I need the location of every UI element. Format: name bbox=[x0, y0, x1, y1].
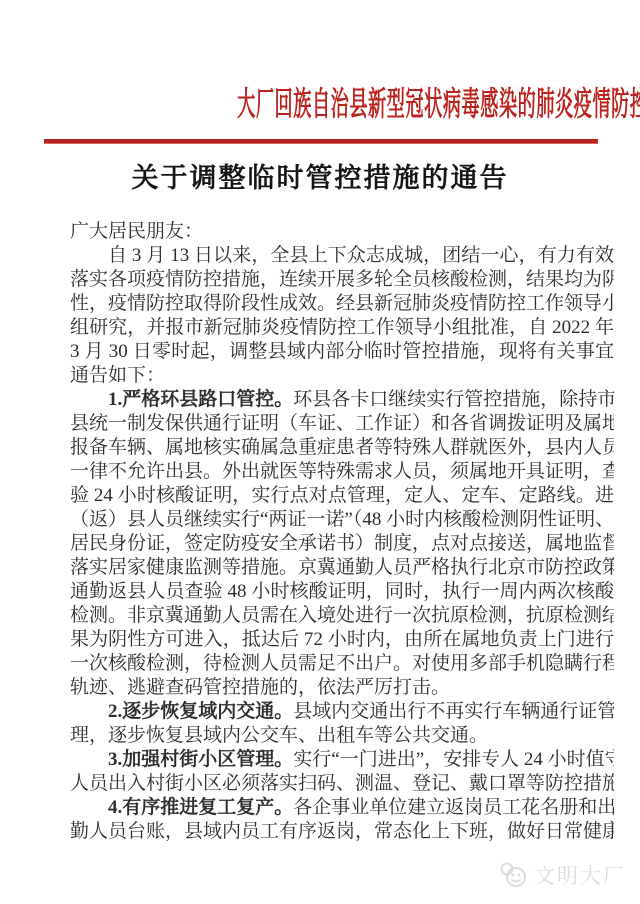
body-line-text: 通告如下： bbox=[70, 365, 165, 386]
body-line-text: 通勤返县人员查验 48 小时核酸证明，同时，执行一周内两次核酸 bbox=[70, 581, 614, 602]
body-line-text: 环县各卡口继续实行管控措施，除持市 bbox=[293, 389, 614, 410]
body-line: 组研究，并报市新冠肺炎疫情防控工作领导小组批准，自 2022 年 bbox=[70, 316, 614, 340]
body-line: 一律不允许出县。外出就医等特殊需求人员，须属地开具证明，查 bbox=[70, 460, 614, 484]
body-line-text: 报备车辆、属地核实确属急重症患者等特殊人群就医外，县内人员 bbox=[70, 437, 614, 458]
body-line: 通告如下： bbox=[70, 364, 614, 388]
body-line: 2.逐步恢复域内交通。县域内交通出行不再实行车辆通行证管 bbox=[70, 700, 614, 724]
body-line: 人员出入村街小区必须落实扫码、测温、登记、戴口罩等防控措施。 bbox=[70, 772, 614, 796]
body-line: 自 3 月 13 日以来，全县上下众志成城，团结一心，有力有效 bbox=[70, 244, 614, 268]
body-line-heading: 3.加强村街小区管理。 bbox=[108, 749, 293, 770]
body-line-text: 落实各项疫情防控措施，连续开展多轮全员核酸检测，结果均为阴 bbox=[70, 269, 614, 290]
org-header: 大厂回族自治县新型冠状病毒感染的肺炎疫情防控工作领导小组办公室 bbox=[0, 84, 640, 126]
watermark: 文明大厂 bbox=[498, 860, 626, 890]
body-line-text: 县域内交通出行不再实行车辆通行证管 bbox=[293, 701, 614, 722]
body-line-text: 各企事业单位建立返岗员工花名册和出 bbox=[293, 797, 614, 818]
red-divider-line bbox=[44, 139, 598, 144]
body-line: 验 24 小时核酸证明，实行点对点管理，定人、定车、定路线。进 bbox=[70, 484, 614, 508]
body-line-heading: 2.逐步恢复域内交通。 bbox=[108, 701, 293, 722]
body-line: 通勤返县人员查验 48 小时核酸证明，同时，执行一周内两次核酸 bbox=[70, 580, 614, 604]
body-line: 性，疫情防控取得阶段性成效。经县新冠肺炎疫情防控工作领导小 bbox=[70, 292, 614, 316]
watermark-label: 文明大厂 bbox=[534, 860, 626, 890]
body-line: 理，逐步恢复县域内公交车、出租车等公共交通。 bbox=[70, 724, 614, 748]
body-line: 落实居家健康监测等措施。京冀通勤人员严格执行北京市防控政策， bbox=[70, 556, 614, 580]
body-line-text: 一次核酸检测，待检测人员需足不出户。对使用多部手机隐瞒行程 bbox=[70, 653, 614, 674]
body-line-text: 落实居家健康监测等措施。京冀通勤人员严格执行北京市防控政策， bbox=[70, 557, 614, 578]
body-line: 3 月 30 日零时起，调整县域内部分临时管控措施，现将有关事宜 bbox=[70, 340, 614, 364]
org-name-title: 大厂回族自治县新型冠状病毒感染的肺炎疫情防控工作领导小组办公室 bbox=[237, 84, 640, 126]
body-line-heading: 1.严格环县路口管控。 bbox=[108, 389, 293, 410]
body-line-text: 勤人员台账，县域内员工有序返岗，常态化上下班，做好日常健康 bbox=[70, 821, 614, 842]
body-line-text: 县统一制发保供通行证明（车证、工作证）和各省调拨证明及属地 bbox=[70, 413, 614, 434]
body-line-text: （返）县人员继续实行“两证一诺”（48 小时内核酸检测阴性证明、 bbox=[70, 509, 614, 530]
body-line-text: 理，逐步恢复县域内公交车、出租车等公共交通。 bbox=[70, 725, 488, 746]
body-line-text: 果为阴性方可进入，抵达后 72 小时内，由所在属地负责上门进行 bbox=[70, 629, 614, 650]
body-line: 报备车辆、属地核实确属急重症患者等特殊人群就医外，县内人员 bbox=[70, 436, 614, 460]
body-line-text: 实行“一门进出”，安排专人 24 小时值守， bbox=[293, 749, 614, 770]
body-line-text: 轨迹、逃避查码管控措施的，依法严厉打击。 bbox=[70, 677, 450, 698]
body-line: 居民身份证，签定防疫安全承诺书）制度，点对点接送，属地监督 bbox=[70, 532, 614, 556]
body-line: 4.有序推进复工复产。各企事业单位建立返岗员工花名册和出 bbox=[70, 796, 614, 820]
body-line: 轨迹、逃避查码管控措施的，依法严厉打击。 bbox=[70, 676, 614, 700]
body-line-heading: 4.有序推进复工复产。 bbox=[108, 797, 293, 818]
body-line: 一次核酸检测，待检测人员需足不出户。对使用多部手机隐瞒行程 bbox=[70, 652, 614, 676]
body-line: 广大居民朋友： bbox=[70, 220, 614, 244]
doc-title: 关于调整临时管控措施的通告 bbox=[0, 160, 640, 196]
smiley-logo-icon bbox=[498, 861, 530, 889]
body-line: 1.严格环县路口管控。环县各卡口继续实行管控措施，除持市 bbox=[70, 388, 614, 412]
body-line-text: 3 月 30 日零时起，调整县域内部分临时管控措施，现将有关事宜 bbox=[70, 341, 614, 362]
body-line: 落实各项疫情防控措施，连续开展多轮全员核酸检测，结果均为阴 bbox=[70, 268, 614, 292]
body-line-text: 一律不允许出县。外出就医等特殊需求人员，须属地开具证明，查 bbox=[70, 461, 614, 482]
body-line-text: 性，疫情防控取得阶段性成效。经县新冠肺炎疫情防控工作领导小 bbox=[70, 293, 614, 314]
body-line: 县统一制发保供通行证明（车证、工作证）和各省调拨证明及属地 bbox=[70, 412, 614, 436]
body-line-text: 居民身份证，签定防疫安全承诺书）制度，点对点接送，属地监督 bbox=[70, 533, 614, 554]
notice-page: 大厂回族自治县新型冠状病毒感染的肺炎疫情防控工作领导小组办公室 关于调整临时管控… bbox=[0, 0, 640, 904]
body-line-text: 检测。非京冀通勤人员需在入境处进行一次抗原检测，抗原检测结 bbox=[70, 605, 614, 626]
body-line: 果为阴性方可进入，抵达后 72 小时内，由所在属地负责上门进行 bbox=[70, 628, 614, 652]
document-body: 广大居民朋友：自 3 月 13 日以来，全县上下众志成城，团结一心，有力有效落实… bbox=[0, 220, 640, 844]
body-line: （返）县人员继续实行“两证一诺”（48 小时内核酸检测阴性证明、 bbox=[70, 508, 614, 532]
body-line: 3.加强村街小区管理。实行“一门进出”，安排专人 24 小时值守， bbox=[70, 748, 614, 772]
body-line: 检测。非京冀通勤人员需在入境处进行一次抗原检测，抗原检测结 bbox=[70, 604, 614, 628]
body-line-text: 自 3 月 13 日以来，全县上下众志成城，团结一心，有力有效 bbox=[108, 245, 614, 266]
body-line: 勤人员台账，县域内员工有序返岗，常态化上下班，做好日常健康 bbox=[70, 820, 614, 844]
body-line-text: 验 24 小时核酸证明，实行点对点管理，定人、定车、定路线。进 bbox=[70, 485, 614, 506]
body-line-text: 人员出入村街小区必须落实扫码、测温、登记、戴口罩等防控措施。 bbox=[70, 773, 614, 794]
body-line-text: 广大居民朋友： bbox=[70, 221, 203, 242]
body-line-text: 组研究，并报市新冠肺炎疫情防控工作领导小组批准，自 2022 年 bbox=[70, 317, 614, 338]
